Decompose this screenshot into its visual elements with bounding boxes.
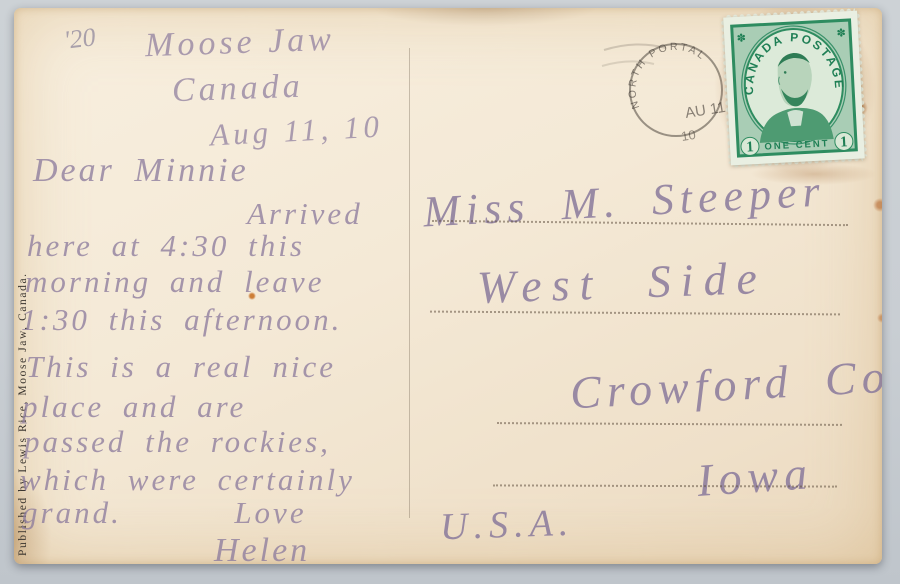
message-line: which were certainly <box>20 464 355 495</box>
postmark-year: 10 <box>680 127 697 144</box>
dateline-country: Canada <box>171 70 304 109</box>
message-line: here at 4:30 this <box>27 230 305 261</box>
message-line: morning and leave <box>25 266 324 297</box>
message-line: place and are <box>22 391 246 422</box>
address-country: U.S.A. <box>439 504 574 547</box>
postage-stamp: ✽ ✽ CANADA POSTAGE 1 1 <box>723 11 865 166</box>
message-line: This is a real nice <box>26 351 336 382</box>
message-line: Dear Minnie <box>33 154 249 188</box>
address-street: West Side <box>476 255 767 311</box>
message-line: 1:30 this afternoon. <box>21 304 342 335</box>
message-signature: Helen <box>214 534 310 564</box>
address-state: Iowa <box>696 450 815 504</box>
postmark-town: NORTH PORTAL <box>626 41 708 111</box>
scan-background: Published by Lewis Rice, Moose Jaw, Cana… <box>0 0 900 584</box>
address-line-rule <box>430 311 840 316</box>
stamp-numeral: 1 <box>840 134 848 150</box>
address-line-rule <box>497 422 842 426</box>
maple-ornament-icon: ✽ <box>836 27 846 39</box>
stamp-design: ✽ ✽ CANADA POSTAGE 1 1 <box>723 11 865 166</box>
message-line: Arrived <box>247 198 363 229</box>
message-line: passed the rockies, <box>24 426 331 457</box>
address-line-rule <box>493 484 837 487</box>
address-county: Crowford Co <box>569 354 882 417</box>
stamp-numeral: 1 <box>746 139 754 155</box>
price-mark: '20 <box>63 24 97 54</box>
divider-line <box>409 48 410 518</box>
dateline-date: Aug 11, 10 <box>209 110 383 150</box>
postmark-circle <box>630 44 722 136</box>
postcard: Published by Lewis Rice, Moose Jaw, Cana… <box>14 8 882 564</box>
dateline-place: Moose Jaw <box>144 23 335 64</box>
svg-text:NORTH PORTAL: NORTH PORTAL <box>626 41 708 111</box>
message-line: grand. Love <box>22 497 307 528</box>
maple-ornament-icon: ✽ <box>736 32 746 44</box>
